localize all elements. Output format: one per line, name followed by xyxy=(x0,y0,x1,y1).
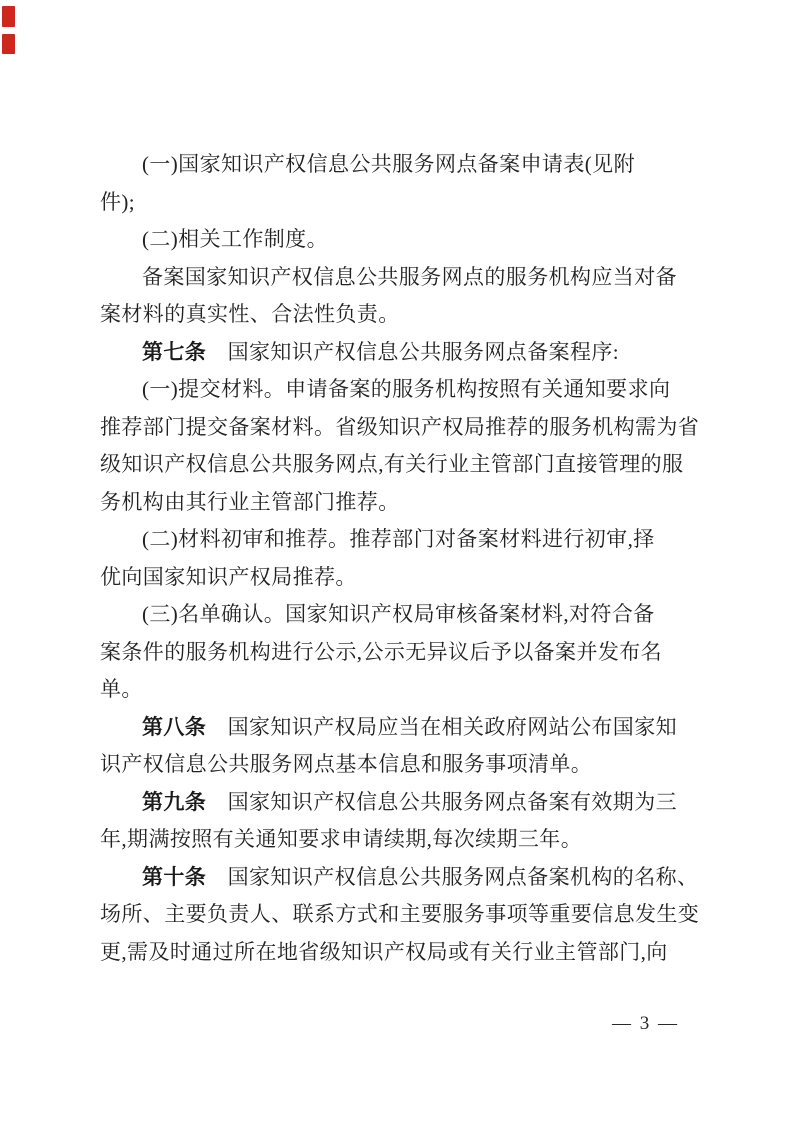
line-text: 案材料的真实性、合法性负责。 xyxy=(100,302,400,326)
article-number-heading: 第十条 xyxy=(142,866,206,889)
line-text: (二)相关工作制度。 xyxy=(142,227,328,251)
line-text: (一)国家知识产权信息公共服务网点备案申请表(见附 xyxy=(142,152,635,176)
document-line: 单。 xyxy=(100,671,712,709)
line-text: 国家知识产权局应当在相关政府网站公布国家知 xyxy=(206,715,677,739)
document-line: 第七条 国家知识产权信息公共服务网点备案程序: xyxy=(100,334,712,372)
line-text: 国家知识产权信息公共服务网点备案有效期为三 xyxy=(206,790,677,814)
document-text: (一)国家知识产权信息公共服务网点备案申请表(见附件);(二)相关工作制度。备案… xyxy=(100,146,712,971)
document-line: 第八条 国家知识产权局应当在相关政府网站公布国家知 xyxy=(100,709,712,747)
line-text: 件); xyxy=(100,190,135,214)
document-line: 推荐部门提交备案材料。省级知识产权局推荐的服务机构需为省 xyxy=(100,409,712,447)
document-page: (一)国家知识产权信息公共服务网点备案申请表(见附件);(二)相关工作制度。备案… xyxy=(0,0,794,1123)
line-text: 单。 xyxy=(100,677,143,701)
line-text: (三)名单确认。国家知识产权局审核备案材料,对符合备 xyxy=(142,602,655,626)
document-line: 案条件的服务机构进行公示,公示无异议后予以备案并发布名 xyxy=(100,634,712,672)
line-text: 国家知识产权信息公共服务网点备案程序: xyxy=(206,340,619,364)
document-line: (二)材料初审和推荐。推荐部门对备案材料进行初审,择 xyxy=(100,521,712,559)
document-line: 识产权信息公共服务网点基本信息和服务事项清单。 xyxy=(100,746,712,784)
document-line: 件); xyxy=(100,184,712,222)
document-line: (一)提交材料。申请备案的服务机构按照有关通知要求向 xyxy=(100,371,712,409)
document-line: 级知识产权信息公共服务网点,有关行业主管部门直接管理的服 xyxy=(100,446,712,484)
document-line: 年,期满按照有关通知要求申请续期,每次续期三年。 xyxy=(100,821,712,859)
article-number-heading: 第七条 xyxy=(142,341,206,364)
document-line: 备案国家知识产权信息公共服务网点的服务机构应当对备 xyxy=(100,259,712,297)
line-text: 年,期满按照有关通知要求申请续期,每次续期三年。 xyxy=(100,827,582,851)
line-text: 案条件的服务机构进行公示,公示无异议后予以备案并发布名 xyxy=(100,640,662,664)
document-line: (二)相关工作制度。 xyxy=(100,221,712,259)
line-text: 备案国家知识产权信息公共服务网点的服务机构应当对备 xyxy=(142,265,677,289)
article-number-heading: 第八条 xyxy=(142,716,206,739)
document-line: 更,需及时通过所在地省级知识产权局或有关行业主管部门,向 xyxy=(100,934,712,972)
line-text: (一)提交材料。申请备案的服务机构按照有关通知要求向 xyxy=(142,377,670,401)
document-line: 场所、主要负责人、联系方式和主要服务事项等重要信息发生变 xyxy=(100,896,712,934)
red-seal-fragment xyxy=(2,34,15,54)
document-line: 案材料的真实性、合法性负责。 xyxy=(100,296,712,334)
line-text: 场所、主要负责人、联系方式和主要服务事项等重要信息发生变 xyxy=(100,902,699,926)
document-line: 第九条 国家知识产权信息公共服务网点备案有效期为三 xyxy=(100,784,712,822)
line-text: 推荐部门提交备案材料。省级知识产权局推荐的服务机构需为省 xyxy=(100,415,699,439)
line-text: 更,需及时通过所在地省级知识产权局或有关行业主管部门,向 xyxy=(100,940,668,964)
line-text: 优向国家知识产权局推荐。 xyxy=(100,565,357,589)
document-line: (三)名单确认。国家知识产权局审核备案材料,对符合备 xyxy=(100,596,712,634)
line-text: 务机构由其行业主管部门推荐。 xyxy=(100,490,400,514)
page-number: — 3 — xyxy=(612,1012,679,1036)
line-text: (二)材料初审和推荐。推荐部门对备案材料进行初审,择 xyxy=(142,527,655,551)
red-seal-fragment xyxy=(2,6,15,27)
document-line: 第十条 国家知识产权信息公共服务网点备案机构的名称、 xyxy=(100,859,712,897)
line-text: 国家知识产权信息公共服务网点备案机构的名称、 xyxy=(206,865,698,889)
document-line: (一)国家知识产权信息公共服务网点备案申请表(见附 xyxy=(100,146,712,184)
article-number-heading: 第九条 xyxy=(142,791,206,814)
line-text: 识产权信息公共服务网点基本信息和服务事项清单。 xyxy=(100,752,592,776)
document-line: 务机构由其行业主管部门推荐。 xyxy=(100,484,712,522)
document-line: 优向国家知识产权局推荐。 xyxy=(100,559,712,597)
line-text: 级知识产权信息公共服务网点,有关行业主管部门直接管理的服 xyxy=(100,452,683,476)
